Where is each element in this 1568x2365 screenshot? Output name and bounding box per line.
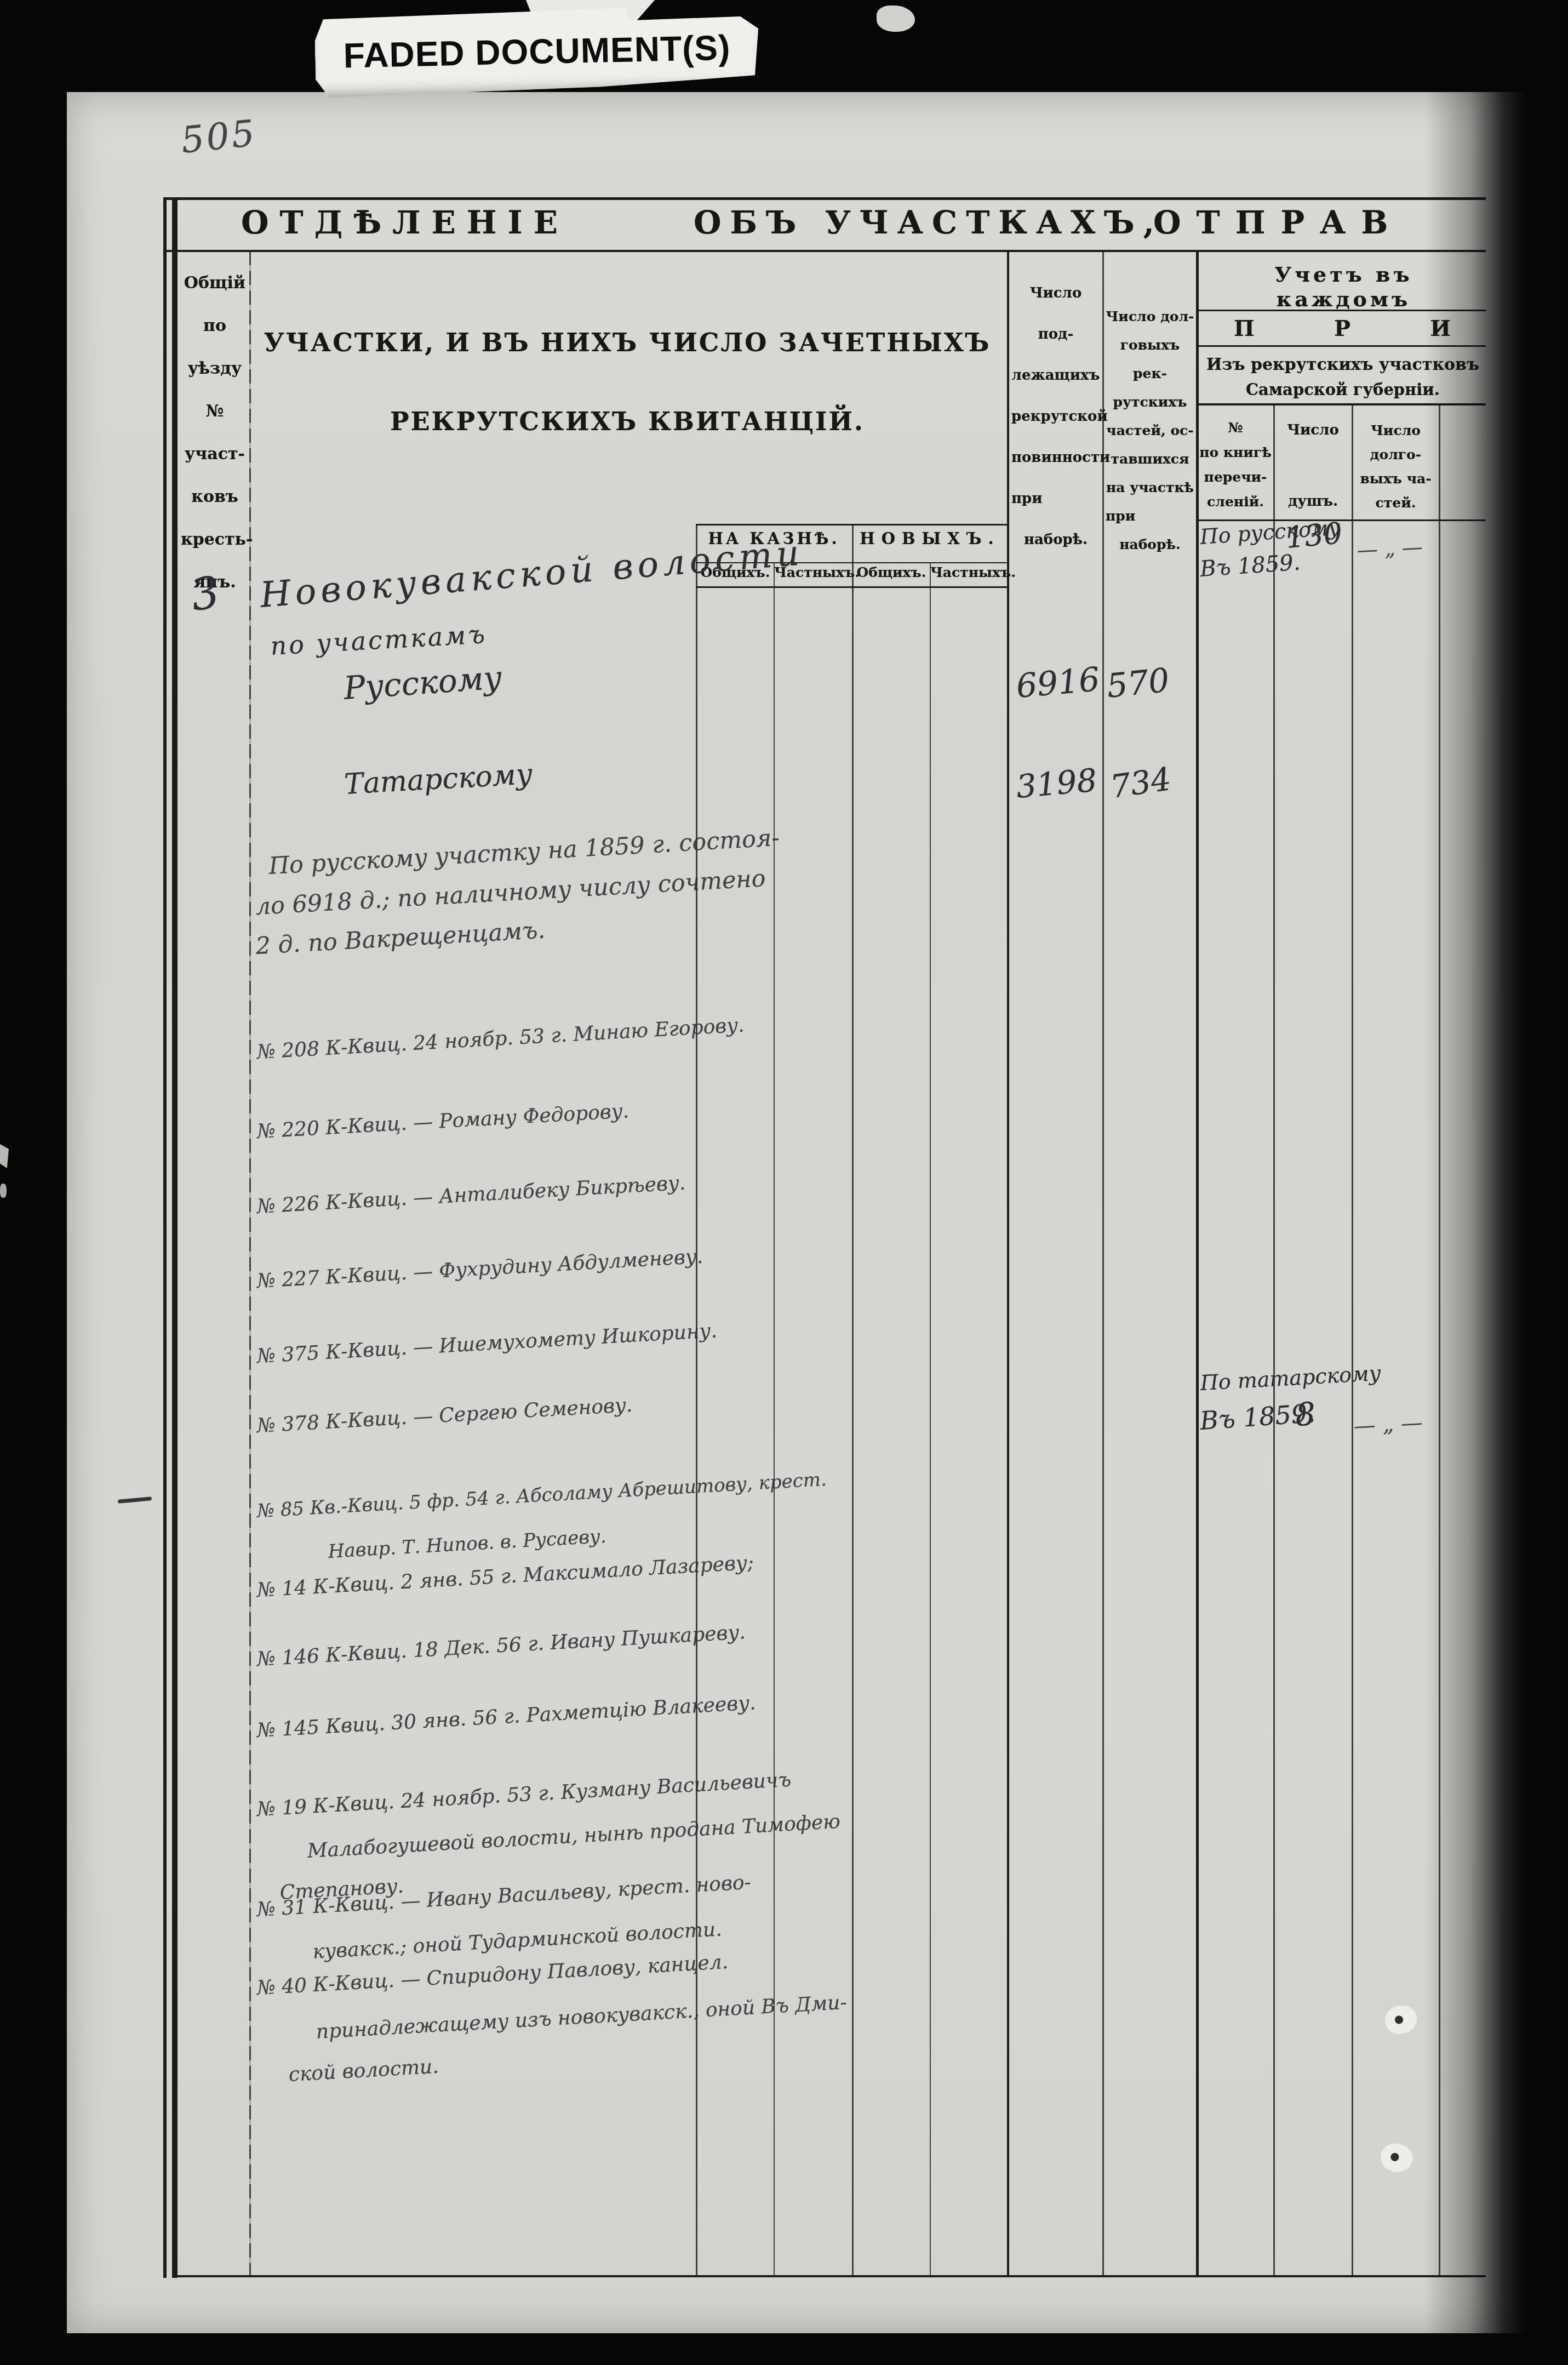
row-tatarskomu-podlezh: 3198	[1015, 761, 1098, 806]
header-podlezh-line: наборѣ.	[1011, 519, 1100, 561]
table-left-inner-border	[172, 199, 178, 2278]
header-uezd-no-line: по уѣзду	[181, 305, 249, 390]
header-uchastki-line2: РЕКРУТСКИХЪ КВИТАНЦІЙ.	[257, 407, 997, 436]
header-uezd-no-line: Общій	[181, 262, 249, 305]
header-uezd-no: Общій по уѣзду № участ- ковъ кресть- янъ…	[181, 262, 249, 604]
header-uezd-no-line: ковъ	[181, 476, 249, 518]
section-title-part2: ОБЪ УЧАСТКАХЪ,	[694, 204, 1163, 241]
margin-note-1-dush: 130	[1285, 516, 1344, 555]
table-bottom-border	[172, 2275, 1486, 2277]
header-pri-letter: Р	[1334, 316, 1350, 341]
col-divider	[1196, 251, 1199, 2277]
row-russkomu-podlezh: 6916	[1015, 660, 1101, 706]
header-sub-kniga: № по книгѣ перечи- сленій.	[1198, 415, 1273, 514]
header-sub-dush-line: Число	[1275, 422, 1351, 438]
col-divider	[1102, 251, 1104, 2277]
header-sub-dush: Число душъ.	[1275, 422, 1351, 510]
header-podlezh-line: Число под-	[1011, 273, 1100, 355]
page-edge-shadow	[1424, 92, 1525, 2333]
col-divider	[1273, 404, 1275, 2277]
header-dolg-line: при	[1106, 502, 1194, 530]
margin-note-1-ditto: — „ —	[1357, 535, 1423, 562]
header-dolgovyh: Число дол- говыхъ рек- рутскихъ частей, …	[1106, 302, 1194, 559]
header-dolg-line: тавшихся	[1106, 445, 1194, 473]
header-uezd-no-line: № участ-	[181, 390, 249, 476]
header-podlezh-line: повинности	[1011, 437, 1100, 478]
header-uezd-no-line: кресть-	[181, 518, 249, 561]
margin-note-2-dush: 8	[1294, 1395, 1317, 1433]
header-sub-kniga-line: №	[1198, 415, 1273, 440]
col-divider	[1007, 251, 1009, 2277]
col-divider	[930, 562, 931, 2277]
col-divider	[1352, 404, 1353, 2277]
header-dolg-line: говыхъ рек-	[1106, 331, 1194, 388]
header-sub-dush-line: душъ.	[1275, 493, 1351, 510]
margin-note-2-ditto: — „ —	[1353, 1410, 1423, 1439]
page-number: 505	[179, 112, 259, 162]
section-title-part3: ОТПРАВ	[1153, 204, 1403, 241]
header-dolg-line: рутскихъ	[1106, 388, 1194, 416]
section-title-part1: ОТДѢЛЕНІЕ	[241, 204, 569, 241]
band-chastnyh-2: Частныхъ.	[930, 564, 1008, 580]
table-top-border	[163, 197, 1486, 200]
scan-speck	[0, 1144, 9, 1168]
header-pri-row: П Р И	[1234, 316, 1451, 341]
header-uchastki-line1: УЧАСТКИ, И ВЪ НИХЪ ЧИСЛО ЗАЧЕТНЫХЪ	[257, 328, 997, 357]
scan-speck	[0, 1184, 7, 1198]
header-podlezh-line: лежащихъ	[1011, 355, 1100, 396]
faded-document-stamp: FADED DOCUMENT(S)	[314, 5, 759, 98]
header-dolg-line: Число дол-	[1106, 302, 1194, 331]
table-left-outer-border	[163, 199, 167, 2278]
col-divider	[774, 562, 775, 2277]
band-divider	[696, 586, 1008, 588]
band-obshchih-2: Общихъ.	[853, 564, 930, 580]
header-podlezh-line: при	[1011, 478, 1100, 519]
torn-paper-fragment	[877, 5, 915, 32]
band-novyh: НОВЫХЪ.	[853, 529, 1007, 548]
title-bottom-border	[163, 250, 1486, 252]
header-sub-kniga-line: перечи-	[1198, 465, 1273, 489]
header-sub-kniga-line: сленій.	[1198, 489, 1273, 514]
header-dolg-line: частей, ос-	[1106, 416, 1194, 445]
col-divider	[852, 524, 854, 2277]
header-podlezh-line: рекрутской	[1011, 396, 1100, 437]
scanned-document-page: FADED DOCUMENT(S) 505 ОТДѢЛЕНІЕ ОБЪ УЧАС…	[0, 0, 1568, 2365]
header-pri-letter: П	[1234, 316, 1255, 341]
row-russkomu-dolg: 570	[1105, 661, 1171, 706]
header-dolg-line: на участкѣ	[1106, 473, 1194, 502]
header-podlezhashchih: Число под- лежащихъ рекрутской повинност…	[1011, 273, 1100, 561]
header-sub-kniga-line: по книгѣ	[1198, 440, 1273, 465]
stamp-label: FADED DOCUMENT(S)	[343, 27, 731, 76]
header-dolg-line: наборѣ.	[1106, 530, 1194, 559]
band-divider	[696, 524, 1008, 525]
col-divider	[249, 251, 251, 2277]
